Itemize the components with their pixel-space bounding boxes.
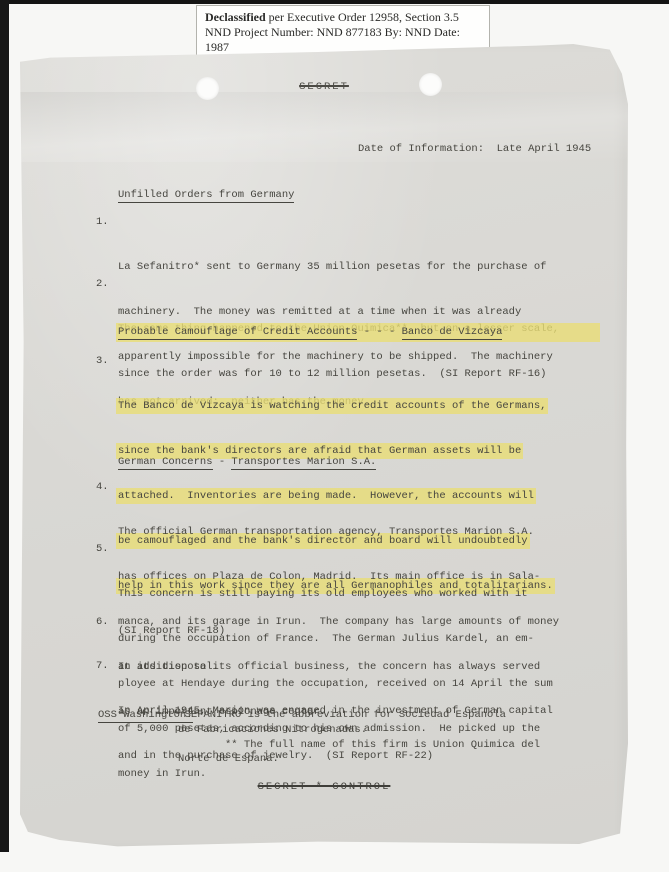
paragraph-1-line: La Sefanitro* sent to Germany 35 million…	[118, 260, 553, 275]
stamp-line1-rest: per Executive Order 12958, Section 3.5	[266, 10, 459, 24]
date-of-information: Date of Information: Late April 1945	[358, 142, 591, 157]
paragraph-3-line-highlighted: The Banco de Vizcaya is watching the cre…	[118, 400, 546, 412]
paragraph-5-number: 5.	[96, 542, 109, 557]
document-page: SECRET Date of Information: Late April 1…	[20, 44, 628, 848]
classification-header-text: SECRET	[299, 81, 349, 93]
footnote-row1: * SEFANITRO is the abbreviation for Soci…	[172, 708, 506, 723]
classification-footer-text: SECRET * CONTROL	[258, 781, 391, 793]
footnote-row2: de Fabricaciones Nitrogenadas.	[178, 723, 367, 738]
stamp-line1: Declassified per Executive Order 12958, …	[205, 10, 481, 25]
footnote-row4: Norte de Espana.	[178, 752, 279, 767]
section-heading-unfilled-orders: Unfilled Orders from Germany	[118, 188, 294, 203]
paragraph-7-number: 7.	[96, 659, 109, 674]
stamp-declassified-label: Declassified	[205, 10, 266, 24]
paragraph-3-number: 3.	[96, 354, 109, 369]
camouflage-heading-highlight: Probable Camouflage of Credit Accounts -…	[118, 325, 598, 340]
scan-edge-left	[0, 0, 9, 852]
paragraph-1-number: 1.	[96, 215, 109, 230]
paragraph-2-number: 2.	[96, 277, 109, 292]
paragraph-4-line: The official German transportation agenc…	[118, 525, 559, 540]
classification-footer: SECRET * CONTROL	[20, 780, 628, 795]
section-heading-camouflage: Probable Camouflage of Credit Accounts -…	[118, 325, 598, 340]
section-heading-german-concerns: German Concerns - Transportes Marion S.A…	[118, 455, 376, 470]
paragraph-5-line: This concern is still paying its old emp…	[118, 587, 553, 602]
paragraph-4-number: 4.	[96, 480, 109, 495]
classification-header: SECRET	[20, 80, 628, 95]
footnote-row3: ** The full name of this firm is Union Q…	[225, 738, 540, 753]
paragraph-6-number: 6.	[96, 615, 109, 630]
scan-edge-top	[0, 0, 669, 4]
